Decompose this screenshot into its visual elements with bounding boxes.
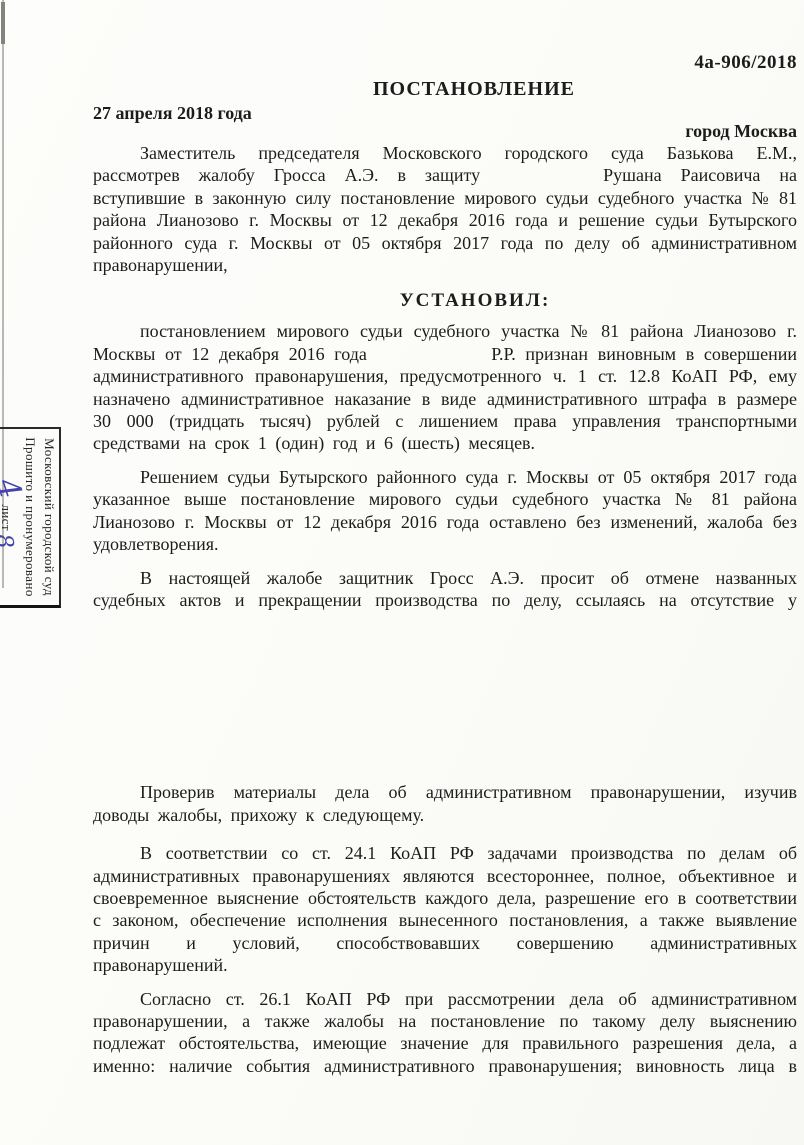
document-body: 4а-906/2018 ПОСТАНОВЛЕНИЕ 27 апреля 2018… xyxy=(93,52,797,1077)
redacted-block-space xyxy=(93,611,797,781)
document-title: ПОСТАНОВЛЕНИЕ xyxy=(93,78,797,100)
scanned-court-document: Московский городской суд Прошито и прону… xyxy=(0,0,804,1145)
redacted-name-gap xyxy=(377,359,482,360)
paragraph-article-26-1: Согласно ст. 26.1 КоАП РФ при рассмотрен… xyxy=(93,988,797,1078)
paragraph-complaint: В настоящей жалобе защитник Гросс А.Э. п… xyxy=(93,567,797,612)
case-number: 4а-906/2018 xyxy=(93,52,797,74)
stamp-sheet-label: лист xyxy=(0,505,14,532)
paragraph-review: Проверив материалы дела об административ… xyxy=(93,781,797,826)
ustanovil-heading: УСТАНОВИЛ: xyxy=(93,290,797,312)
binding-stamp-rotated-text: Московский городской суд Прошито и прону… xyxy=(0,429,59,605)
stamp-court-name: Московский городской суд xyxy=(40,429,59,605)
paragraph-ruling-first-instance: постановлением мирового судьи судебного … xyxy=(93,320,797,454)
redacted-name-gap xyxy=(499,180,584,181)
scan-edge-mark xyxy=(1,2,5,44)
paragraph-article-24-1: В соответствии со ст. 24.1 КоАП РФ задач… xyxy=(93,842,797,976)
stamp-sheet-line: 4лист8 xyxy=(0,429,21,605)
handwritten-number: 8 xyxy=(0,533,14,551)
paragraph-preamble: Заместитель председателя Московского гор… xyxy=(93,142,797,276)
handwritten-number: 4 xyxy=(0,477,21,501)
stamp-stitched-label: Прошито и пронумеровано xyxy=(21,429,40,605)
binding-stamp: Московский городской суд Прошито и прону… xyxy=(0,427,61,608)
paragraph-appeal-decision: Решением судьи Бутырского районного суда… xyxy=(93,466,797,556)
